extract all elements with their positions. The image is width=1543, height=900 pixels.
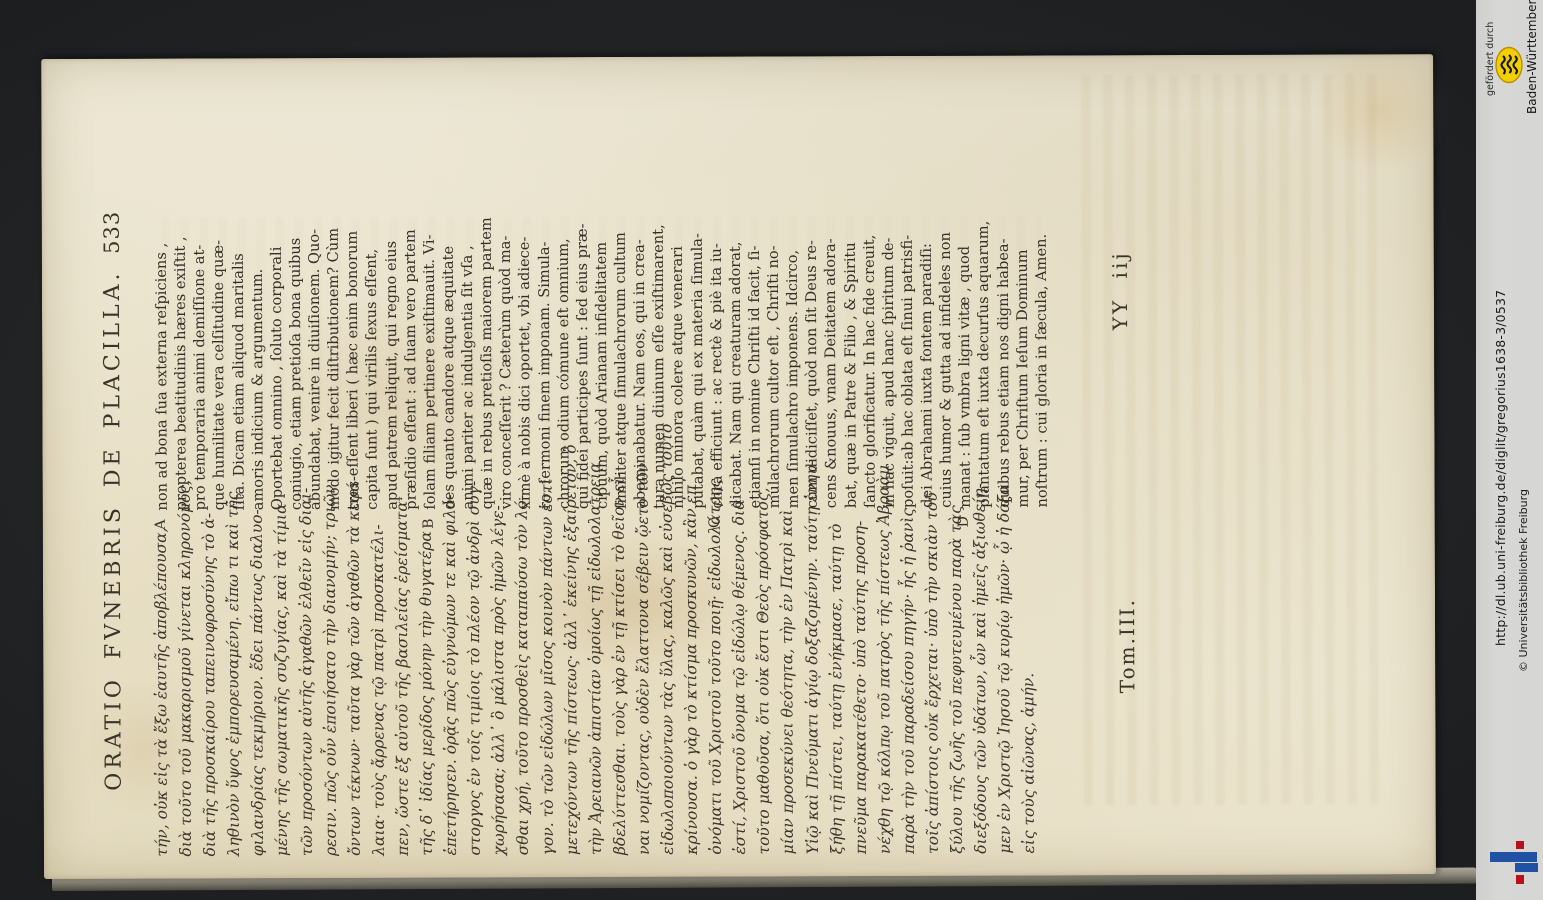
margin-letter-d: D — [956, 512, 972, 532]
text-line: cuius humor & gutta ad infideles non — [936, 200, 956, 508]
text-line: capita ſunt ) qui virilis ſexus eſſent, — [362, 202, 382, 510]
text-line: τὴν Ἀρειανῶν ἀπιστίαν ὁμοίως τῇ εἰδωλολα… — [582, 521, 607, 855]
text-line: ro, ſermoni finem imponam. Simula- — [534, 201, 554, 509]
text-line: εἰδωλοποιούντων τὰς ὕλας, καλῶς καὶ εὐσε… — [655, 521, 680, 855]
text-line: poſuit:ab hac oblata eſt ſinui patrisfi- — [898, 200, 918, 508]
text-line: διὰ τοῦτο τοῦ μακαρισμοῦ γίνεται κληρονό… — [173, 522, 198, 856]
greek-column: τήν, οὐκ εἰς τὰ ἔξω ἑαυτῆς ἀποβλέπουσα,δ… — [149, 520, 1042, 857]
text-line: in hac viguit, apud hanc ſpiritum de- — [878, 200, 898, 508]
text-line: etiamſi in nomine Chriſti id facit, ſi- — [745, 200, 765, 508]
text-line: τήν, οὐκ εἰς τὰ ἔξω ἑαυτῆς ἀποβλέπουσα, — [149, 523, 174, 857]
text-line: κρίνουσα. ὁ γὰρ τὸ κτίσμα προσκυνῶν, κἂν… — [679, 521, 704, 855]
text-line: ρεσιν. πῶς οὖν ἐποιήσατο τὴν διανομήν; τ… — [317, 522, 342, 856]
text-line: cùm didiciſſet, quòd non ſit Deus re- — [802, 200, 822, 508]
page-number: 533 — [100, 211, 124, 254]
text-line: ſancto glorificatur. In hac fide creuit, — [859, 200, 879, 508]
text-line: bat, quæ in Patre & Filio , & Spiritu — [840, 200, 860, 508]
logo-blue-bar — [1515, 863, 1538, 872]
text-line: abominabatur. Nam eos, qui in crea- — [630, 201, 650, 509]
text-line: ξήθη τῇ πίστει, ταύτῃ ἐνήκμασε, ταύτῃ τὸ — [823, 520, 848, 854]
copyright-label: © Universitätsbibliothek Freiburg — [1517, 489, 1530, 672]
text-line: ἐστί, Χριστοῦ ὄνομα τῷ εἰδώλῳ θέμενος. δ… — [727, 521, 752, 855]
page-header: ORATIO FVNEBRIS DE PLACILLA. 533 — [100, 211, 127, 791]
text-line: amoris indicium & argumentum. — [247, 202, 267, 510]
text-line: tura numen diuinum eſſe exiſtimarent, — [649, 201, 669, 509]
scanned-page: ORATIO FVNEBRIS DE PLACILLA. 533 τήν, οὐ… — [41, 54, 1436, 879]
volume-label: Tom.III. — [1115, 598, 1139, 693]
text-line: χωρήσασα; ἀλλ᾽ ὃ μάλιστα πρὸς ἡμῶν λέγε- — [486, 521, 511, 855]
text-line: mulachrorum cultor eſt , Chriſti no- — [764, 200, 784, 508]
text-line: μεν ἐν Χριστῷ Ἰησοῦ τῷ κυρίῳ ἡμῶν· ᾧ ἡ δ… — [992, 520, 1017, 854]
baden-wuerttemberg-coat-of-arms-icon — [1495, 46, 1523, 88]
text-line: des quanto candore atque æquitate — [439, 202, 459, 510]
text-line: τοῖς ἀπίστοις οὐκ ἔρχεται· ὑπὸ τὴν σκιὰν… — [920, 520, 945, 854]
text-line: Υἱῷ καὶ Πνεύματι ἁγίῳ δοξαζομένην. ταύτῃ… — [799, 520, 824, 854]
text-line: apud patrem reliquit, qui regno eius — [381, 202, 401, 510]
text-line: βδελύττεσθαι. τοὺς γὰρ ἐν τῇ κτίσει τὸ θ… — [607, 521, 632, 855]
text-line: μίαν προσεκύνει θεότητα, τὴν ἐν Πατρὶ κα… — [775, 520, 800, 854]
text-line: præſidio eſſent : ad ſuam vero partem — [400, 202, 420, 510]
text-line: μετεχόντων τῆς πίστεως· ἀλλ᾽ ἐκείνης ἐξα… — [558, 521, 583, 855]
text-line: abundabat, venire in diuiſionem. Quo- — [305, 202, 325, 510]
text-line: Oportebat omnino , ſoluto corporali — [266, 202, 286, 510]
text-line: γον. τὸ τῶν εἰδώλων μῖσος κοινὸν πάντων … — [534, 521, 559, 855]
text-line: que humilitate vera celſitudine quæ- — [209, 202, 229, 510]
text-line: nihilo minora colere atque venerari — [668, 201, 688, 509]
text-line: viro conceſſerit ? Cæterùm quòd ma- — [496, 201, 516, 509]
text-line: propterea beatitudinis hæres exiſtit , — [171, 202, 191, 510]
text-line: ſimiliter atque ſimulachrorum cultum — [611, 201, 631, 509]
text-line: τῶν προσόντων αὐτῆς ἀγαθῶν ἐλθεῖν εἰς δι… — [293, 522, 318, 856]
text-line: φιλανδρίας τεκμήριον. ἔδει πάντως διαλυο… — [245, 522, 270, 856]
text-line: παρὰ τὴν τοῦ παραδείσου πηγήν· ἧς ἡ ῥανὶ… — [896, 520, 921, 854]
image-url-label: http://dl.ub.uni-freiburg.de/diglit/greg… — [1493, 290, 1508, 646]
text-line: quæ in rebus pretioſis maiorem partem — [477, 201, 497, 509]
text-line: putabat, quàm qui ex materia ſimula- — [687, 201, 707, 509]
text-line: μένης τῆς σωματικῆς συζυγίας, καὶ τὰ τίμ… — [269, 522, 294, 856]
text-line: στοργος ἐν τοῖς τιμίοις τὸ πλέον τῷ ἀνδρ… — [462, 521, 487, 855]
text-line: ναι νομίζοντας, οὐδὲν ἔλαττονα σέβειν ᾤε… — [631, 521, 656, 855]
text-block: τήν, οὐκ εἰς τὰ ἔξω ἑαυτῆς ἀποβλέπουσα,δ… — [147, 59, 1150, 856]
running-title: ORATIO FVNEBRIS DE PLACILLA. — [100, 269, 127, 790]
text-line: tres eſſent liberi ( hæc enim bonorum — [343, 202, 363, 510]
text-line: cens &nouus, vnam Deitatem adora- — [821, 200, 841, 508]
text-line: ληθινὸν ὕψος ἐμπορευσαμένη. εἴπω τι καὶ … — [221, 522, 246, 856]
text-line: σθαι χρή, τοῦτο προσθεὶς καταπαύσω τὸν λ… — [510, 521, 535, 855]
text-line: ſolam filiam pertinere exiſtimauit. Vi- — [419, 202, 439, 510]
text-line: men ſimulachro imponens. Idcirco, — [783, 200, 803, 508]
text-line: τοῦτο μαθοῦσα, ὅτι οὐκ ἔστι Θεὸς πρόσφατ… — [751, 520, 776, 854]
text-line: ξύλου τῆς ζωῆς τοῦ πεφυτευμένου παρὰ τὰς — [944, 520, 969, 854]
paper-stain — [1311, 44, 1451, 174]
margin-letter-c: C — [707, 513, 723, 533]
text-line: quibus rebus etiam nos digni habea- — [993, 200, 1013, 508]
text-line: ſita. Dicam etiam aliquod maritalis — [228, 202, 248, 510]
latin-column: non ad bona ſua externa reſpiciens ,prop… — [152, 199, 1052, 510]
text-line: ὀνόματι τοῦ Χριστοῦ τοῦτο ποιῇ· εἰδωλολά… — [703, 521, 728, 855]
text-line: εἰς τοὺς αἰῶνας, ἀμήν. — [1016, 520, 1041, 854]
text-line: qui fidei participes ſunt : ſed eius præ… — [572, 201, 592, 509]
library-frame-sidebar: gefördert durch Baden-Württemberg http:/… — [1476, 0, 1543, 900]
text-line: chrorum odium cómune eſt omnium, — [553, 201, 573, 509]
text-line: chra efficiunt : ac rectè & piè ita iu- — [706, 201, 726, 509]
text-line: διὰ τῆς προσκαίρου ταπεινοφροσύνης τὸ ἀ- — [197, 522, 222, 856]
text-line: ximè à nobis dici oportet, vbi adiece- — [515, 201, 535, 509]
text-line: dei Abrahami iuxta fontem paradiſi: — [917, 200, 937, 508]
text-line: manat : ſub vmbra ligni vitæ , quod — [955, 200, 975, 508]
text-line: νέχθη τῷ κόλπῳ τοῦ πατρὸς τῆς πίστεως Ἀβ… — [872, 520, 897, 854]
digitized-page-viewer: ORATIO FVNEBRIS DE PLACILLA. 533 τήν, οὐ… — [0, 0, 1543, 900]
text-line: mur, per Chriſtum Ieſum Dominum — [1012, 200, 1032, 508]
text-line: ὄντων τέκνων· ταῦτα γὰρ τῶν ἀγαθῶν τὰ κε… — [342, 522, 367, 856]
text-line: animi pariter ac indulgentia ſit vſa , — [458, 201, 478, 509]
text-line: λαια· τοὺς ἄρρενας τῷ πατρὶ προσκατέλι- — [366, 522, 391, 856]
margin-letter-b: B — [421, 514, 437, 534]
funding-org-label: Baden-Württemberg — [1525, 0, 1539, 114]
text-line: τῆς δ᾽ ἰδίας μερίδος μόνην τὴν θυγατέρα — [414, 522, 439, 856]
text-line: πνεῦμα παρακατέθετο· ὑπὸ ταύτης προση- — [847, 520, 872, 854]
margin-letter-a: A — [153, 515, 169, 535]
logo-blue-bar — [1490, 852, 1537, 862]
text-line: plantatum eſt iuxta decurſus aquarum, — [974, 200, 994, 508]
text-line: noſtrum : cui gloria in ſæcula, Amen. — [1031, 199, 1051, 507]
logo-red-square — [1516, 841, 1524, 849]
text-line: διεξόδους τῶν ὑδάτων, ὧν καὶ ἡμεῖς ἀξιωθ… — [968, 520, 993, 854]
text-line: cipuum, quòd Arianam infidelitatem — [592, 201, 612, 509]
logo-red-square — [1516, 875, 1524, 884]
text-line: ἐπετήρησεν. ὁρᾷς πῶς εὐγνώμων τε καὶ φιλ… — [438, 522, 463, 856]
text-line: pro temporaria animi demiſſione at- — [190, 202, 210, 510]
text-line: coniugio, etiam pretioſa bona quibus — [286, 202, 306, 510]
text-line: non ad bona ſua externa reſpiciens , — [152, 203, 172, 511]
text-line: πεν, ὥστε ἐξ αὐτοῦ τῆς βασιλείας ἐρείσμα… — [390, 522, 415, 856]
quire-signature: YY iij — [1108, 250, 1132, 330]
text-line: dicabat. Nam qui creaturam adorat, — [725, 201, 745, 509]
ub-freiburg-logo-icon — [1476, 836, 1543, 892]
text-line: modo igitur fecit diſtributionem? Cùm — [324, 202, 344, 510]
